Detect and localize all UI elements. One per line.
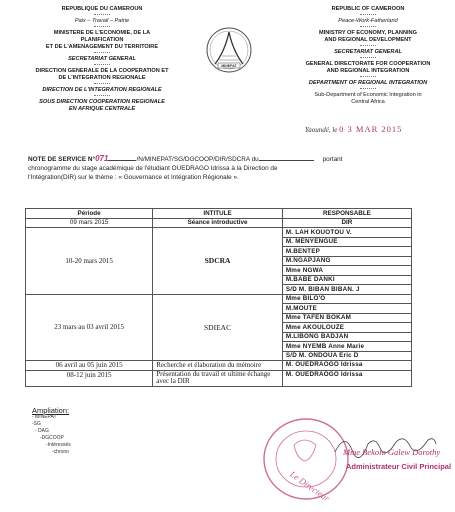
table-row: 08-12 juin 2015 Présentation du travail … (26, 370, 412, 386)
resp-cell: S/D M. ONDOUA Eric D (282, 351, 411, 361)
date-line: Yaoundé, le 0 3 MAR 2015 (305, 124, 402, 134)
ampliation: Ampliation: - MINEPAT -SG - DAG -DGCOOP … (32, 407, 71, 456)
resp-cell: M.BENTEP (282, 247, 411, 257)
resp-cell: M. LAH KOUOTOU V. (282, 228, 411, 238)
title-cell: Recherche et élaboration du mémoire (153, 361, 283, 371)
resp-cell: M. OUEDRAOGO Idrissa (282, 370, 411, 386)
header-intitule: INTITULE (153, 209, 283, 219)
header-right: REPUBLIC OF CAMEROON Peace-Work-Fatherla… (282, 6, 454, 106)
minepat-logo-icon: MINEPAT (205, 26, 253, 74)
resp-cell: Mme BILO'O (282, 294, 411, 304)
resp-cell: Mme NYEMB Anne Marie (282, 342, 411, 352)
motto-en: Peace-Work-Fatherland (282, 18, 454, 25)
resp-cell: DIR (282, 218, 411, 228)
signatory-title: Administrateur Civil Principal (346, 462, 451, 471)
ampliation-item: -Intéressés (46, 442, 71, 449)
table-row: 09 mars 2015 Séance introductive DIR (26, 218, 412, 228)
ministry-en-1: MINISTRY OF ECONOMY, PLANNING (282, 30, 454, 37)
motto-fr: Paix – Travail – Patrie (18, 18, 186, 25)
header-left: REPUBLIQUE DU CAMEROUN Paix – Travail – … (18, 6, 186, 113)
resp-cell: Mme TAFEN BOKAM (282, 313, 411, 323)
note-label: NOTE DE SERVICE N° (28, 156, 95, 163)
period-cell: 08-12 juin 2015 (26, 370, 153, 386)
period-cell: 06 avril au 05 juin 2015 (26, 361, 153, 371)
resp-cell: S/D M. BIBAN BIBAN. J (282, 285, 411, 295)
resp-cell: M.LIBONG BADJAN (282, 332, 411, 342)
subdept-en-1: Sub-Department of Economic Integration i… (282, 92, 454, 99)
title-cell: Séance introductive (153, 218, 283, 228)
resp-cell: M.NGAPJANG (282, 256, 411, 266)
resp-cell: M.MOUTE (282, 304, 411, 314)
republic-en: REPUBLIC OF CAMEROON (282, 6, 454, 13)
subdir-fr-2: EN AFRIQUE CENTRALE (18, 106, 186, 113)
title-cell: Présentation du travail et ultime échang… (153, 370, 283, 386)
note-body-1: chronogramme du stage académique de l'ét… (28, 165, 278, 172)
resp-cell: Mme NGWA (282, 266, 411, 276)
ampliation-item: -SG (32, 421, 71, 428)
note-number: 071 (95, 154, 108, 163)
dg-fr-2: DE L'INTEGRATION REGIONALE (18, 75, 186, 82)
resp-cell: M. OUEDRAOGO Idrissa (282, 361, 411, 371)
direction-fr: DIRECTION DE L'INTEGRATION REGIONALE (18, 87, 186, 94)
ampliation-title: Ampliation: (32, 407, 71, 414)
svg-text:MINEPAT: MINEPAT (221, 64, 237, 68)
dg-en-1: GENERAL DIRECTORATE FOR COOPERATION (282, 61, 454, 68)
table-row: 23 mars au 03 avril 2015 SDIEAC Mme BILO… (26, 294, 412, 304)
title-cell: SDIEAC (153, 294, 283, 361)
note-portant: portant (323, 156, 343, 163)
ministry-fr-3: ET DE L'AMENAGEMENT DU TERRITOIRE (18, 44, 186, 51)
resp-cell: M.BABE DANKI (282, 275, 411, 285)
schedule-table: Période INTITULE RESPONSABLE 09 mars 201… (25, 208, 412, 387)
secretariat-en: SECRETARIAT GENERAL (282, 49, 454, 56)
period-cell: 09 mars 2015 (26, 218, 153, 228)
note-reference: /N/MINEPAT/SG/DGCOOP/DIR/SDCRA du (136, 156, 258, 163)
ministry-fr-1: MINISTERE DE L'ECONOMIE, DE LA (18, 30, 186, 37)
dg-en-2: AND REGIONAL INTEGRATION (282, 68, 454, 75)
ampliation-item: - MINEPAT (32, 414, 71, 421)
table-row: 10-20 mars 2015 SDCRA M. LAH KOUOTOU V. (26, 228, 412, 238)
service-note: NOTE DE SERVICE N°071/N/MINEPAT/SG/DGCOO… (28, 154, 428, 182)
ampliation-item: - DAG (35, 428, 71, 435)
resp-cell: Mme AKOULOUZE (282, 323, 411, 333)
secretariat-fr: SECRETARIAT GENERAL (18, 56, 186, 63)
note-body-2: l'Intégration(DIR) sur le thème : « Gouv… (28, 174, 239, 181)
title-cell: SDCRA (153, 228, 283, 295)
period-cell: 10-20 mars 2015 (26, 228, 153, 295)
period-cell: 23 mars au 03 avril 2015 (26, 294, 153, 361)
department-en: DEPARTMENT OF REGIONAL INTEGRATION (282, 80, 454, 87)
ampliation-item: -chrono (52, 449, 71, 456)
ministry-fr-2: PLANIFICATION (18, 37, 186, 44)
header-responsable: RESPONSABLE (282, 209, 411, 219)
republic-fr: REPUBLIQUE DU CAMEROUN (18, 6, 186, 13)
table-header-row: Période INTITULE RESPONSABLE (26, 209, 412, 219)
date-prefix: Yaoundé, le (305, 126, 337, 134)
table-row: 06 avril au 05 juin 2015 Recherche et él… (26, 361, 412, 371)
signatory-name: Mme Bekolo Galew Dorothy (343, 447, 440, 457)
ministry-en-2: AND REGIONAL DEVELOPMENT (282, 37, 454, 44)
dg-fr-1: DIRECTION GENERALE DE LA COOPERATION ET (18, 68, 186, 75)
date-stamp: 0 3 MAR 2015 (339, 124, 402, 134)
ampliation-item: -DGCOOP (40, 435, 71, 442)
header-periode: Période (26, 209, 153, 219)
subdir-fr-1: SOUS DIRECTION COOPERATION REGIONALE (18, 99, 186, 106)
subdept-en-2: Central Africa (282, 99, 454, 106)
resp-cell: M. MENYENGUE (282, 237, 411, 247)
